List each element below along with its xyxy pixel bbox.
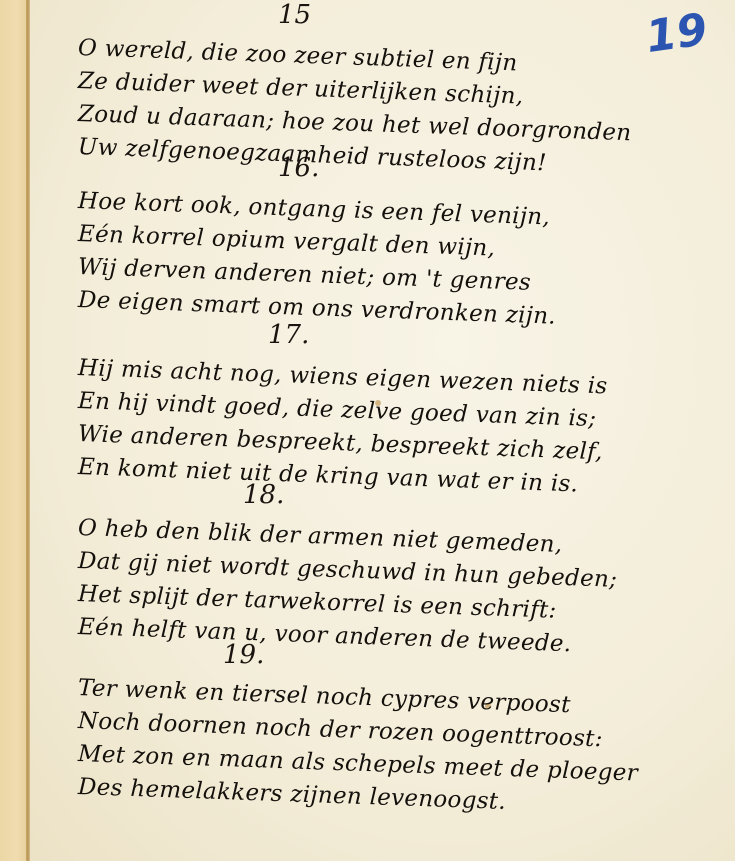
stanza-number: 16.	[278, 153, 735, 183]
stanza-18: 18. O heb den blik der armen niet gemede…	[78, 480, 617, 644]
book-binding-edge	[0, 0, 28, 861]
stanza-19: 19. Ter wenk en tiersel noch cypres verp…	[78, 640, 638, 804]
stanza-number: 19.	[223, 640, 735, 670]
manuscript-page: 19 15 O wereld, die zoo zeer subtiel en …	[30, 0, 735, 861]
stanza-number: 17.	[268, 320, 735, 350]
stanza-number: 18.	[243, 480, 735, 510]
stanza-17: 17. Hij mis acht nog, wiens eigen wezen …	[78, 320, 608, 484]
stanza-15: 15 O wereld, die zoo zeer subtiel en fij…	[78, 0, 632, 164]
stanza-16: 16. Hoe kort ook, ontgang is een fel ven…	[78, 153, 556, 317]
stanza-number: 15	[278, 0, 735, 30]
